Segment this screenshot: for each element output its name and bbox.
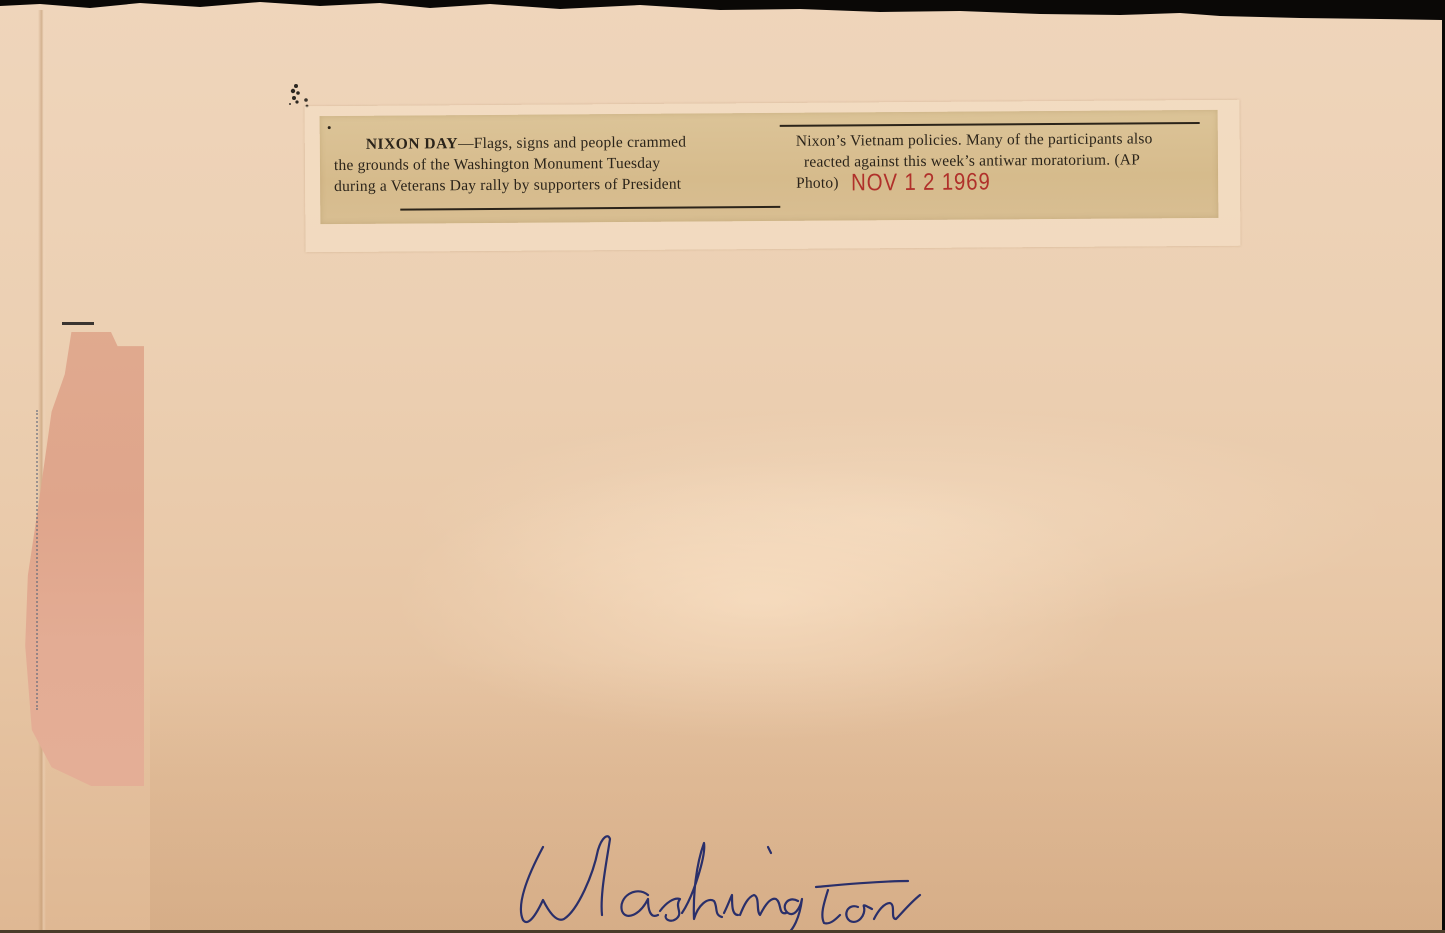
print-dot (328, 126, 331, 129)
caption-column-left: NIXON DAY—Flags, signs and people cramme… (334, 131, 779, 197)
caption-line: during a Veterans Day rally by supporter… (334, 173, 779, 197)
handwritten-location: Washington (498, 815, 938, 933)
column-rule (400, 206, 780, 211)
tape-ink-mark (62, 322, 94, 325)
tape-pencil-marks (36, 410, 48, 710)
caption-line: Photo)NOV 1 2 1969 (796, 170, 1211, 194)
date-stamp: NOV 1 2 1969 (851, 171, 991, 193)
handwriting-script (498, 815, 938, 933)
caption-headline: NIXON DAY (366, 135, 458, 153)
caption-line: Nixon’s Vietnam policies. Many of the pa… (796, 128, 1211, 152)
caption-column-right: Nixon’s Vietnam policies. Many of the pa… (796, 128, 1211, 194)
newspaper-caption-clipping: NIXON DAY—Flags, signs and people cramme… (320, 110, 1219, 224)
column-rule (780, 122, 1200, 127)
